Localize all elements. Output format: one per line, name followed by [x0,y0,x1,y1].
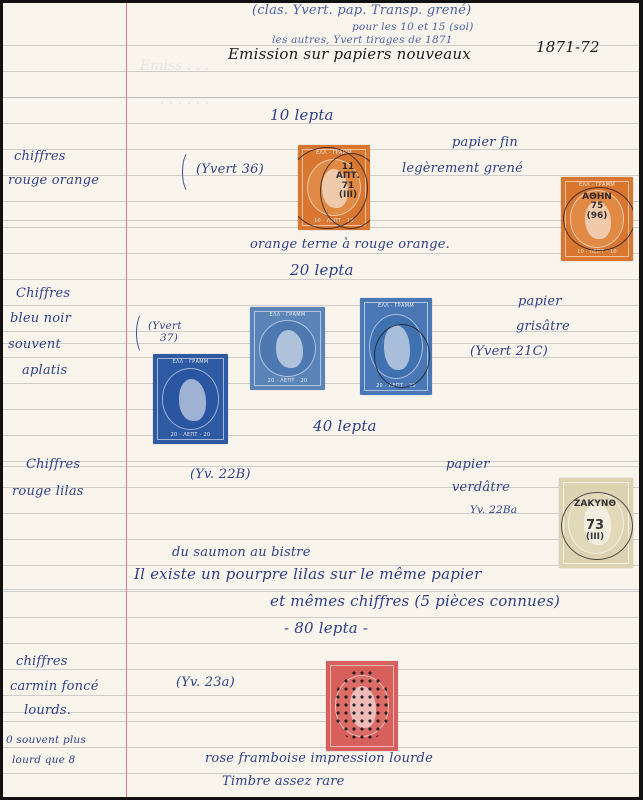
scan-border [0,0,3,800]
shade-note: du saumon au bistre [172,546,311,560]
paper-note: verdâtre [452,481,510,495]
stamp-10-lepta: ΕΛΛ · ΓΡΑΜΜ 10 · ΛΕΠΤ · 10 ΑΘΗΝ 75 (96) [561,177,633,261]
margin-note: Chiffres [16,287,70,301]
margin-note: carmin foncé [10,680,99,694]
stamp-80-lepta [326,661,398,751]
shade-note: rose framboise impression lourde [205,752,433,766]
extra-note: et mêmes chiffres (5 pièces connues) [270,594,560,610]
margin-note: lourds. [24,704,71,718]
margin-note: Chiffres [26,458,80,472]
margin-note: bleu noir [10,312,71,326]
shade-note: orange terne à rouge orange. [250,238,450,252]
margin-note: chiffres [14,150,66,164]
margin-note: souvent [8,338,61,352]
paper-note: papier [446,458,490,472]
section-heading-40-lepta: 40 lepta [313,419,377,435]
paren-mark [136,312,151,354]
margin-note: 0 souvent plus [6,735,86,746]
catalog-ref-2: Yv. 22Ba [470,505,517,516]
page-title: Emission sur papiers nouveaux [228,47,471,63]
lozenge-cancel [334,669,390,743]
catalog-ref: 37) [160,333,178,344]
paper-note: grisâtre [516,320,570,334]
margin-line [126,3,127,797]
album-page: Emiss . . . . . . . . . (clas. Yvert. pa… [0,0,643,800]
scan-border [639,0,643,800]
stamp-20-lepta: ΕΛΛ · ΓΡΑΜΜ 20 · ΛΕΠΤ · 20 [360,298,432,395]
header-line-1: (clas. Yvert. pap. Transp. grené) [252,4,471,18]
postmark [374,324,430,388]
catalog-ref: (Yv. 23a) [176,676,235,690]
catalog-ref: (Yv. 22B) [190,468,251,482]
margin-note: rouge orange [8,174,99,188]
page-years: 1871-72 [536,40,600,56]
bleed-through: . . . . . . [160,92,209,108]
header-line-2: pour les 10 et 15 (sol) [352,22,474,33]
postmark-text: ΖΑΚΥΝΘ 73 (ΙΙΙ) [569,500,621,542]
stamp-40-lepta: ΖΑΚΥΝΘ 73 (ΙΙΙ) [559,478,633,568]
margin-note: lourd que 8 [12,755,75,766]
catalog-ref: (Yvert [148,321,182,332]
margin-note: chiffres [16,655,68,669]
bleed-through: Emiss . . . [140,58,209,74]
catalog-ref: (Yvert 36) [196,163,264,177]
stamp-10-lepta: ΕΛΛ · ΓΡΑΜΜ 10 · ΛΕΠΤ · 10 11 ΑΠΤ. 71 (Ι… [298,145,370,230]
paper-note: papier [518,295,562,309]
margin-note: rouge lilas [12,485,84,499]
postmark-text: ΑΘΗΝ 75 (96) [575,193,619,221]
margin-note: aplatis [22,364,67,378]
postmark-text: 11 ΑΠΤ. 71 (ΙΙΙ) [330,163,366,201]
stamp-20-lepta: ΕΛΛ · ΓΡΑΜΜ 20 · ΛΕΠΤ · 20 [153,354,228,444]
extra-note: Il existe un pourpre lilas sur le même p… [134,567,481,583]
section-heading-80-lepta: - 80 lepta - [284,621,368,637]
catalog-ref-2: (Yvert 21C) [470,345,548,359]
rarity-note: Timbre assez rare [222,775,345,789]
paper-note: papier fin [452,136,518,150]
stamp-20-lepta: ΕΛΛ · ΓΡΑΜΜ 20 · ΛΕΠΤ · 20 [250,307,325,390]
section-heading-10-lepta: 10 lepta [270,108,334,124]
paper-note: legèrement grené [402,162,523,176]
section-heading-20-lepta: 20 lepta [290,263,354,279]
